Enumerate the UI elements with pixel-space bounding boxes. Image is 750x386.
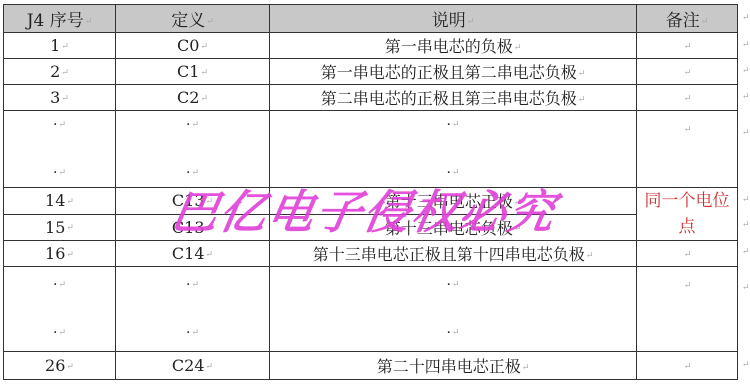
cell-note-same-potential: 同一个电位点 xyxy=(637,188,738,241)
table-row: 26↵ C24↵ 第二十四串电芯正极↵ ↵ xyxy=(4,352,738,380)
header-definition: 定义↵ xyxy=(116,5,270,33)
return-mark: ↵ xyxy=(742,283,750,293)
cell-no: 15↵ xyxy=(4,214,116,241)
cell-description: 第十三串电芯负极↵ xyxy=(270,214,637,241)
return-mark: ↵ xyxy=(742,220,750,230)
cell-definition: C14↵ xyxy=(116,241,270,267)
cell-no-ellipsis: ·↵·↵ xyxy=(4,111,116,188)
return-mark: ↵ xyxy=(742,360,750,370)
cell-no: 3↵ xyxy=(4,85,116,111)
cell-definition: C13↵ xyxy=(116,214,270,241)
header-note: 备注↵ xyxy=(637,5,738,33)
cell-note: ↵ xyxy=(637,352,738,380)
cell-description: 第一串电芯的正极且第二串电芯负极↵ xyxy=(270,59,637,85)
pinout-table: J4 序号↵ 定义↵ 说明↵ 备注↵ 1↵ C0↵ 第一串电芯的负极↵ ↵ 2↵… xyxy=(3,4,738,380)
cell-note: ↵ xyxy=(637,85,738,111)
cell-definition: C24↵ xyxy=(116,352,270,380)
cell-description: 第二十四串电芯正极↵ xyxy=(270,352,637,380)
header-description: 说明↵ xyxy=(270,5,637,33)
return-mark: ↵ xyxy=(742,13,750,23)
cell-definition-ellipsis: ·↵·↵ xyxy=(116,111,270,188)
header-row: J4 序号↵ 定义↵ 说明↵ 备注↵ xyxy=(4,5,738,33)
cell-no: 26↵ xyxy=(4,352,116,380)
table-row: 2↵ C1↵ 第一串电芯的正极且第二串电芯负极↵ ↵ xyxy=(4,59,738,85)
cell-note: ↵ xyxy=(637,59,738,85)
return-mark: ↵ xyxy=(742,195,750,205)
cell-definition: C1↵ xyxy=(116,59,270,85)
cell-description: 第一串电芯的负极↵ xyxy=(270,33,637,59)
cell-no: 14↵ xyxy=(4,188,116,215)
return-mark: ↵ xyxy=(742,247,750,257)
cell-definition: C13↵ xyxy=(116,188,270,215)
return-mark: ↵ xyxy=(742,66,750,76)
table-row: 16↵ C14↵ 第十三串电芯正极且第十四串电芯负极↵ ↵ xyxy=(4,241,738,267)
cell-note: ↵ xyxy=(637,111,738,188)
cell-definition-ellipsis: ·↵·↵ xyxy=(116,267,270,352)
table-row: 3↵ C2↵ 第二串电芯的正极且第三串电芯负极↵ ↵ xyxy=(4,85,738,111)
cell-description-ellipsis: ·↵·↵ xyxy=(270,111,637,188)
cell-note: ↵ xyxy=(637,241,738,267)
table-row: 1↵ C0↵ 第一串电芯的负极↵ ↵ xyxy=(4,33,738,59)
return-mark: ↵ xyxy=(742,40,750,50)
cell-description: 第十三串电芯正极↵ xyxy=(270,188,637,215)
header-no: J4 序号↵ xyxy=(4,5,116,33)
ellipsis-row: ·↵·↵ ·↵·↵ ·↵·↵ ↵ xyxy=(4,267,738,352)
cell-definition: C2↵ xyxy=(116,85,270,111)
cell-no: 1↵ xyxy=(4,33,116,59)
row-end-marks: ↵ ↵ ↵ ↵ ↵ ↵ ↵ ↵ ↵ ↵ xyxy=(742,0,750,386)
cell-note: ↵ xyxy=(637,267,738,352)
return-mark: ↵ xyxy=(742,92,750,102)
return-mark: ↵ xyxy=(742,128,750,138)
cell-description: 第十三串电芯正极且第十四串电芯负极↵ xyxy=(270,241,637,267)
ellipsis-row: ·↵·↵ ·↵·↵ ·↵·↵ ↵ xyxy=(4,111,738,188)
cell-description-ellipsis: ·↵·↵ xyxy=(270,267,637,352)
cell-note: ↵ xyxy=(637,33,738,59)
cell-no: 2↵ xyxy=(4,59,116,85)
cell-no: 16↵ xyxy=(4,241,116,267)
table-row: 15↵ C13↵ 第十三串电芯负极↵ xyxy=(4,214,738,241)
cell-definition: C0↵ xyxy=(116,33,270,59)
table-row: 14↵ C13↵ 第十三串电芯正极↵ 同一个电位点 xyxy=(4,188,738,215)
cell-no-ellipsis: ·↵·↵ xyxy=(4,267,116,352)
cell-description: 第二串电芯的正极且第三串电芯负极↵ xyxy=(270,85,637,111)
